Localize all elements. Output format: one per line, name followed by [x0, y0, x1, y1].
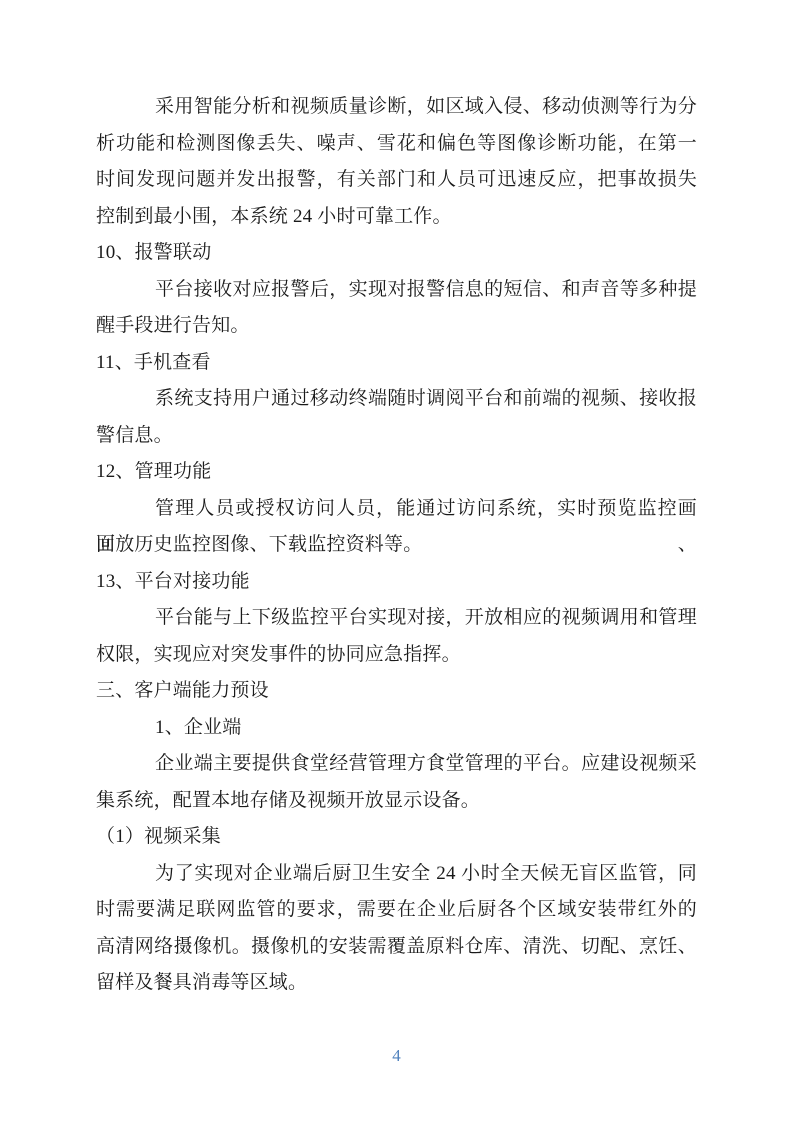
section-heading: 11、手机查看: [96, 345, 697, 382]
paragraph-line: 警信息。: [96, 418, 697, 455]
document-body: 采用智能分析和视频质量诊断，如区域入侵、移动侦测等行为分析功能和检测图像丢失、噪…: [96, 89, 697, 1002]
paragraph-line: 时间发现问题并发出报警，有关部门和人员可迅速反应，把事故损失: [96, 162, 697, 199]
section-heading: 13、平台对接功能: [96, 564, 697, 601]
paragraph-line: 平台接收对应报警后，实现对报警信息的短信、和声音等多种提: [96, 272, 697, 309]
paragraph-line: 管理人员或授权访问人员，能通过访问系统，实时预览监控画面、: [96, 491, 697, 528]
paragraph-line: 平台能与上下级监控平台实现对接，开放相应的视频调用和管理: [96, 600, 697, 637]
section-heading: 1、企业端: [96, 710, 697, 747]
paragraph-line: 企业端主要提供食堂经营管理方食堂管理的平台。应建设视频采: [96, 746, 697, 783]
page-footer: 4: [0, 1042, 793, 1070]
paragraph-line: 权限，实现应对突发事件的协同应急指挥。: [96, 637, 697, 674]
document-page: 采用智能分析和视频质量诊断，如区域入侵、移动侦测等行为分析功能和检测图像丢失、噪…: [0, 0, 793, 1122]
paragraph-line: 为了实现对企业端后厨卫生安全 24 小时全天候无盲区监管，同: [96, 856, 697, 893]
paragraph-line: 采用智能分析和视频质量诊断，如区域入侵、移动侦测等行为分: [96, 89, 697, 126]
paragraph-line: 析功能和检测图像丢失、噪声、雪花和偏色等图像诊断功能，在第一: [96, 126, 697, 163]
paragraph-line: 系统支持用户通过移动终端随时调阅平台和前端的视频、接收报: [96, 381, 697, 418]
section-heading: 10、报警联动: [96, 235, 697, 272]
paragraph-line: 控制到最小围，本系统 24 小时可靠工作。: [96, 199, 697, 236]
paragraph-line: 高清网络摄像机。摄像机的安装需覆盖原料仓库、清洗、切配、烹饪、: [96, 929, 697, 966]
section-heading: （1）视频采集: [96, 819, 697, 856]
section-heading: 12、管理功能: [96, 454, 697, 491]
paragraph-line: 时需要满足联网监管的要求，需要在企业后厨各个区域安装带红外的: [96, 892, 697, 929]
page-number: 4: [392, 1042, 401, 1070]
paragraph-line: 集系统，配置本地存储及视频开放显示设备。: [96, 783, 697, 820]
section-heading: 三、客户端能力预设: [96, 673, 697, 710]
paragraph-line: 醒手段进行告知。: [96, 308, 697, 345]
paragraph-line: 留样及餐具消毒等区域。: [96, 965, 697, 1002]
